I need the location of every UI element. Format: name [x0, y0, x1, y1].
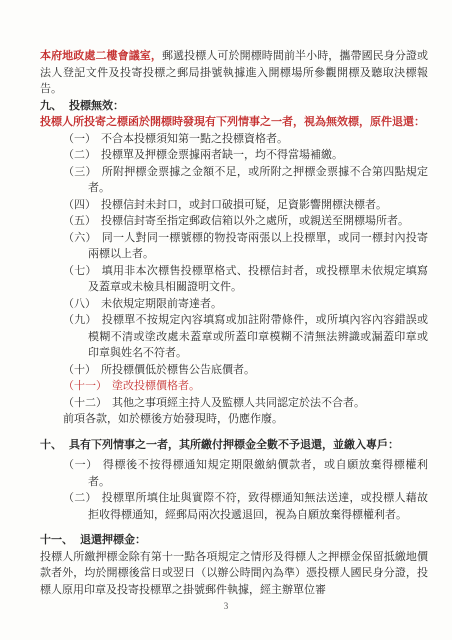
- clause9-heading: 九、 投標無效：: [40, 98, 428, 115]
- item-text: 得標後不按得標通知規定期限繳納價款者，或自願放棄得標權利者。: [88, 459, 428, 488]
- item-text: 投標信封未封口，或封口破損可疑，足資影響開標決標者。: [101, 199, 387, 211]
- clause9-item-7: （七）填用非本次標售投標單格式、投標信封者，或投標單未依規定填寫及蓋章或未檢具相…: [63, 263, 428, 296]
- item-text: 投標單不按規定內容填寫或加註附帶條件，或所填內容內容錯誤或模糊不清或塗改處未蓋章…: [88, 314, 428, 359]
- clause9-lead: 投標人所投寄之標函於開標時發現有下列情事之一者，視為無效標，原件退還：: [40, 114, 428, 131]
- clause10-heading: 十、 具有下列情事之一者，其所繳付押標金全數不予退還，並繳入專戶：: [40, 437, 428, 454]
- item-number: （九）: [63, 314, 102, 326]
- item-number: （三）: [63, 166, 102, 178]
- clause9-item-4: （四）投標信封未封口，或封口破損可疑，足資影響開標決標者。: [63, 197, 428, 214]
- scanned-document-page: 本府地政處二樓會議室，郵遞投標人可於開標時間前半小時，攜帶國民身分證或法人登記文…: [0, 0, 452, 640]
- item-number: （一）: [63, 459, 103, 471]
- item-text: 所附押標金票據之金額不足，或所附之押標金票據不合第四點規定者。: [88, 166, 428, 195]
- intro-highlight-text: 本府地政處二樓會議室，: [40, 50, 162, 62]
- item-number: （四）: [63, 199, 101, 211]
- clause9-number: 九、: [40, 98, 62, 115]
- item-number: （一）: [63, 133, 101, 145]
- clause9-item-8: （八）未依規定期限前寄達者。: [63, 296, 428, 313]
- item-number: （十）: [63, 364, 101, 376]
- clause11-title: 退還押標金：: [80, 532, 146, 549]
- clause11-number: 十一、: [40, 532, 73, 549]
- clause10-item-2: （二）投標單所填住址與實際不符，致得標通知無法送達，或投標人藉故拒收得標通知，經…: [63, 490, 428, 523]
- item-text: 投標單及押標金票據兩者缺一，均不得當場補繳。: [101, 149, 343, 161]
- item-number: （十二）: [63, 397, 112, 409]
- clause9-item-2: （二）投標單及押標金票據兩者缺一，均不得當場補繳。: [63, 147, 428, 164]
- item-text: 投標信封寄至指定郵政信箱以外之處所，或親送至開標場所者。: [101, 215, 409, 227]
- item-number: （七）: [63, 265, 102, 277]
- item-number: （十一）: [63, 380, 112, 392]
- item-text: 其他之事項經主持人及監標人共同認定於法不合者。: [112, 397, 365, 409]
- item-text: 所投標價低於標售公告底價者。: [101, 364, 255, 376]
- clause11-body: 投標人所繳押標金除有第十一點各項規定之情形及得標人之押標金保留抵繳地價款者外，均…: [40, 549, 428, 599]
- item-number: （八）: [63, 298, 101, 310]
- clause9-note: 前項各款，如於標後方始發現時，仍應作廢。: [63, 411, 428, 428]
- intro-paragraph: 本府地政處二樓會議室，郵遞投標人可於開標時間前半小時，攜帶國民身分證或法人登記文…: [40, 48, 428, 98]
- clause9-item-5: （五）投標信封寄至指定郵政信箱以外之處所，或親送至開標場所者。: [63, 213, 428, 230]
- clause9-item-9: （九）投標單不按規定內容填寫或加註附帶條件，或所填內容內容錯誤或模糊不清或塗改處…: [63, 312, 428, 362]
- item-number: （二）: [63, 149, 101, 161]
- clause9-title: 投標無效：: [69, 98, 124, 115]
- clause9-item-11: （十一）塗改投標價格者。: [63, 378, 428, 395]
- item-text: 同一人對同一標號標的物投寄兩張以上投標單，或同一標封內投寄兩標以上者。: [88, 232, 428, 261]
- page-number: 3: [0, 598, 452, 615]
- item-text: 不合本投標須知第一點之投標資格者。: [101, 133, 288, 145]
- item-text: 塗改投標價格者。: [112, 380, 200, 392]
- item-text: 未依規定期限前寄達者。: [101, 298, 222, 310]
- item-number: （五）: [63, 215, 101, 227]
- item-text: 投標單所填住址與實際不符，致得標通知無法送達，或投標人藉故拒收得標通知，經郵局兩…: [88, 492, 428, 521]
- clause10-item-1: （一）得標後不按得標通知規定期限繳納價款者，或自願放棄得標權利者。: [63, 457, 428, 490]
- item-number: （二）: [63, 492, 102, 504]
- clause9-item-6: （六）同一人對同一標號標的物投寄兩張以上投標單，或同一標封內投寄兩標以上者。: [63, 230, 428, 263]
- clause9-item-3: （三）所附押標金票據之金額不足，或所附之押標金票據不合第四點規定者。: [63, 164, 428, 197]
- item-number: （六）: [63, 232, 102, 244]
- item-text: 填用非本次標售投標單格式、投標信封者，或投標單未依規定填寫及蓋章或未檢具相關證明…: [88, 265, 428, 294]
- clause9-item-12: （十二）其他之事項經主持人及監標人共同認定於法不合者。: [63, 395, 428, 412]
- clause10-number: 十、: [40, 437, 62, 454]
- clause10-items: （一）得標後不按得標通知規定期限繳納價款者，或自願放棄得標權利者。 （二）投標單…: [40, 457, 428, 523]
- clause9-item-10: （十）所投標價低於標售公告底價者。: [63, 362, 428, 379]
- clause10-title: 具有下列情事之一者，其所繳付押標金全數不予退還，並繳入專戶：: [69, 437, 399, 454]
- clause9-items: （一）不合本投標須知第一點之投標資格者。 （二）投標單及押標金票據兩者缺一，均不…: [40, 131, 428, 412]
- clause9-item-1: （一）不合本投標須知第一點之投標資格者。: [63, 131, 428, 148]
- clause11-heading: 十一、 退還押標金：: [40, 532, 428, 549]
